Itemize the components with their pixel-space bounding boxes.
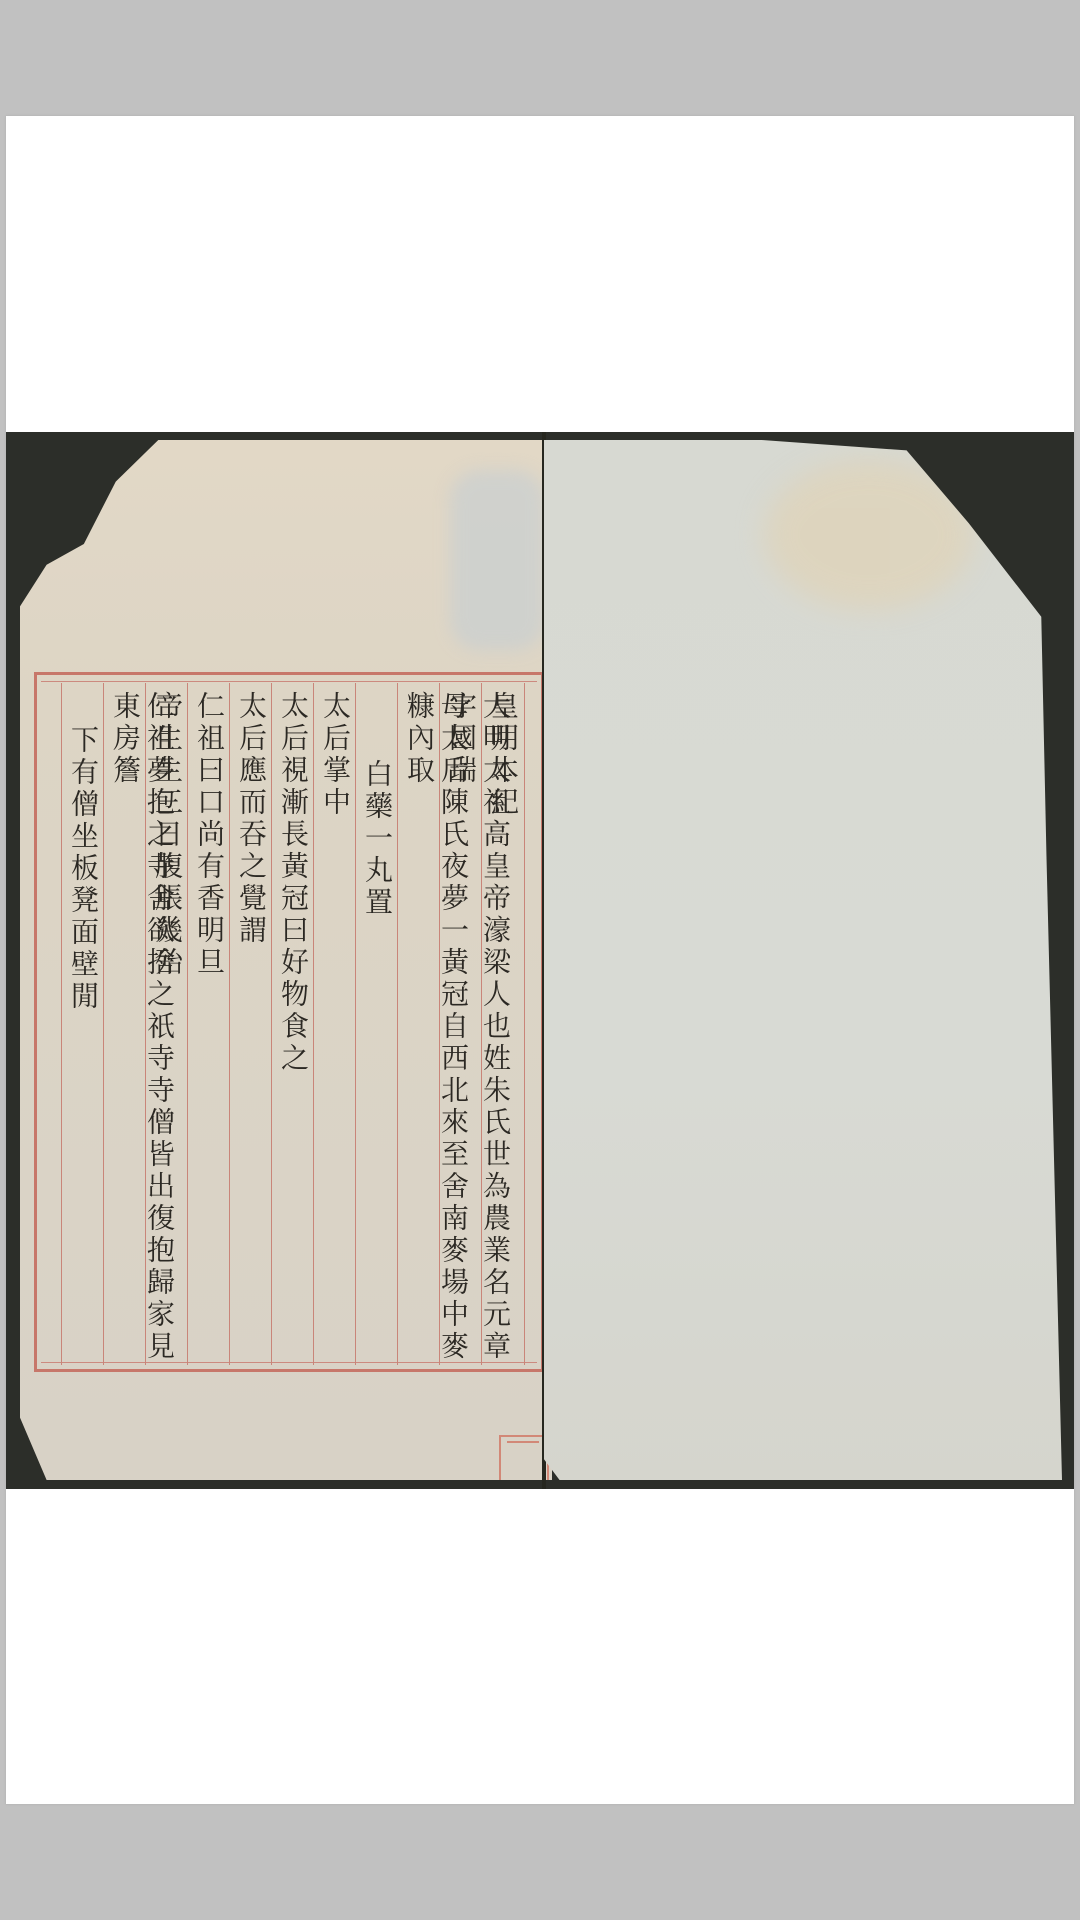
text-column: 母太后陳氏夜夢一黃冠自西北來至舍南麥場中麥糠內取 <box>397 683 440 1365</box>
right-leaf-blank <box>544 440 1062 1480</box>
text-column: 白藥一丸置 <box>355 683 398 1365</box>
text-column: 仁祖曰口尚有香明旦 <box>187 683 230 1365</box>
text-column: 仁祖夢抱之寺舍欲捨之祇寺寺僧皆出復抱歸家見東房簷 <box>103 683 146 1365</box>
text-column: 太后視漸長黃冠曰好物食之 <box>271 683 314 1365</box>
text-column: 下有僧坐板凳面壁閒 <box>61 683 104 1365</box>
text-frame: 皇明本紀 大明太祖高皇帝濠梁人也姓朱氏世為農業名元章字國瑞 母太后陳氏夜夢一黃冠… <box>34 672 546 1372</box>
left-leaf: 皇明本紀 大明太祖高皇帝濠梁人也姓朱氏世為農業名元章字國瑞 母太后陳氏夜夢一黃冠… <box>20 440 552 1480</box>
text-column: 太后應而吞之覺謂 <box>229 683 272 1365</box>
text-column: 太后掌中 <box>313 683 356 1365</box>
foxing-stain <box>764 460 974 610</box>
document-scan-image[interactable]: 皇明本紀 大明太祖高皇帝濠梁人也姓朱氏世為農業名元章字國瑞 母太后陳氏夜夢一黃冠… <box>6 432 1074 1489</box>
water-stain <box>450 470 545 650</box>
